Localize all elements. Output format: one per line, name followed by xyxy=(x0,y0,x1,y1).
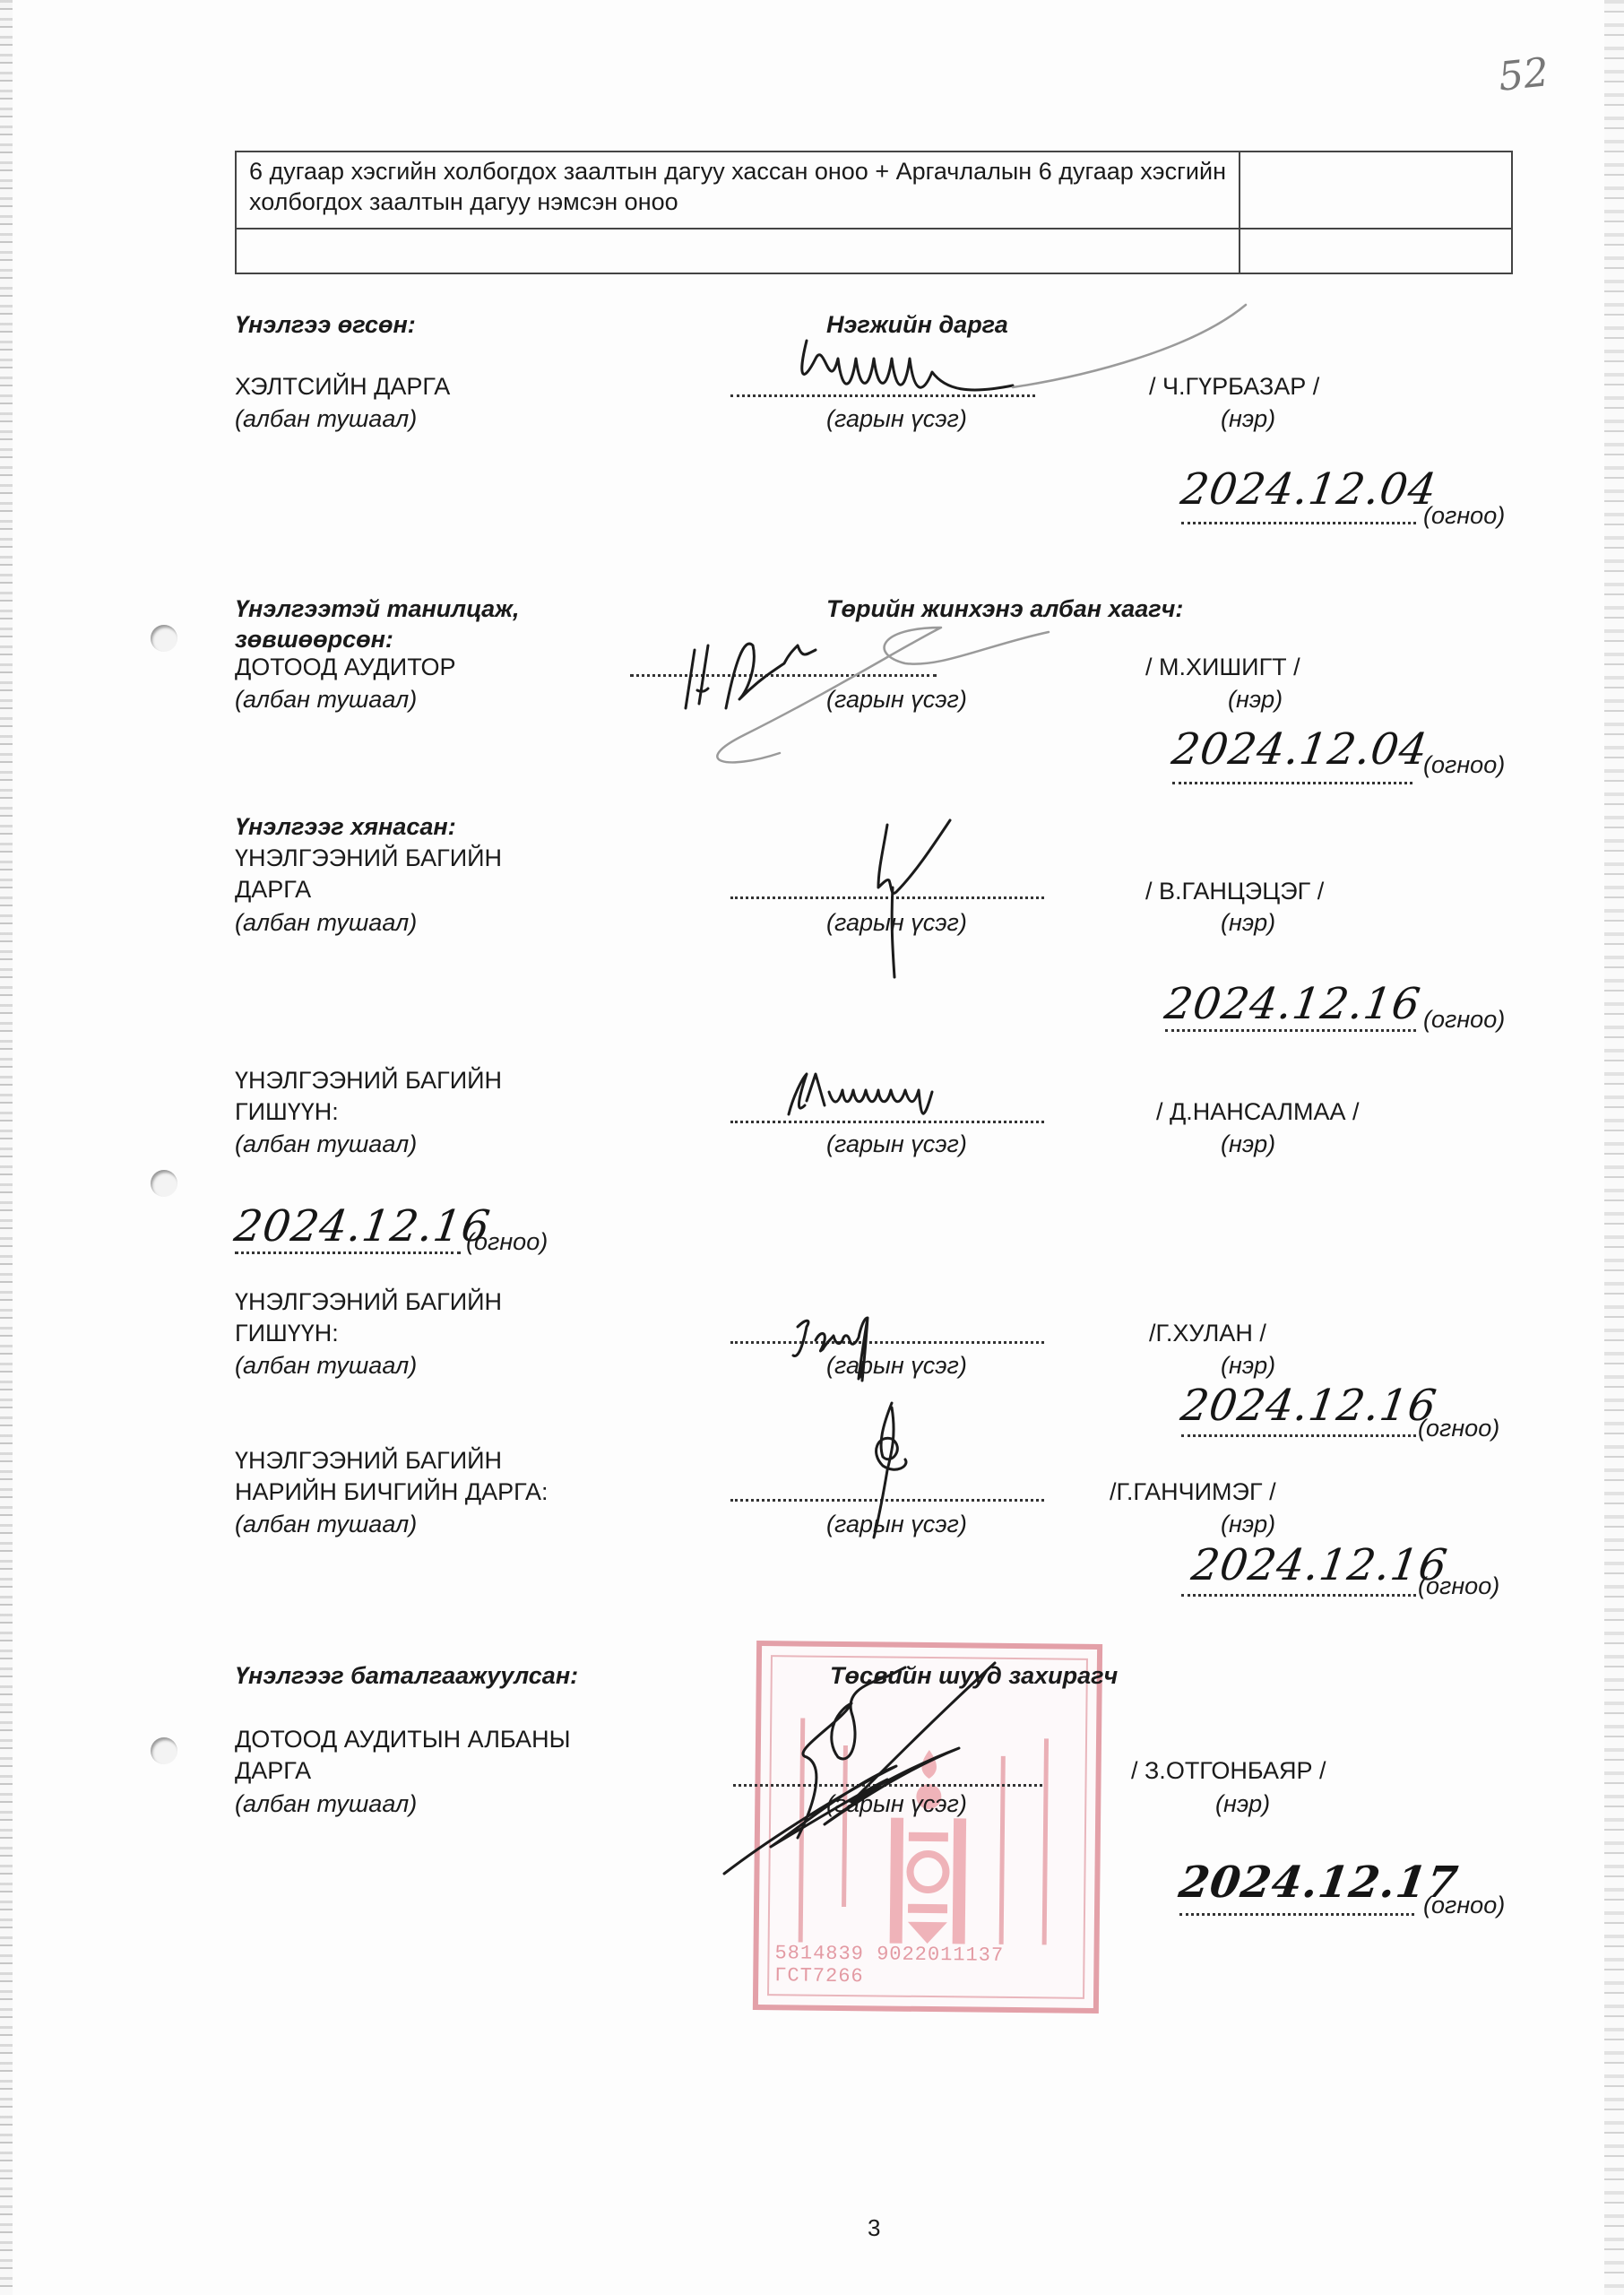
stamp-registration-code: 5814839 9022011137 ГСТ7266 xyxy=(774,1942,1094,1990)
signature-hint: (гарын үсэг) xyxy=(826,684,967,714)
table-row: 6 дугаар хэсгийн холбогдох заалтын дагуу… xyxy=(236,152,1512,229)
section-heading: зөвшөөрсөн: xyxy=(235,624,393,654)
person-name: /Г.ХУЛАН / xyxy=(1149,1318,1266,1348)
handwritten-date: 2024.12.16 xyxy=(1162,979,1424,1029)
name-hint: (нэр) xyxy=(1221,1129,1275,1159)
person-name: / Д.НАНСАЛМАА / xyxy=(1156,1096,1360,1127)
date-line xyxy=(1179,1913,1414,1916)
name-hint: (нэр) xyxy=(1215,1788,1270,1819)
position-title: ДАРГА xyxy=(235,874,311,905)
handwritten-date: 2024.12.04 xyxy=(1178,464,1440,515)
section-heading: Үнэлгээг баталгаажуулсан: xyxy=(235,1660,578,1691)
date-line xyxy=(1172,782,1412,784)
section-heading: Үнэлгээ өгсөн: xyxy=(235,309,416,340)
person-name: / В.ГАНЦЭЦЭГ / xyxy=(1145,876,1324,906)
table-cell-value xyxy=(1240,229,1512,273)
signature-mark xyxy=(717,1658,1040,1892)
position-title: ДАРГА xyxy=(235,1755,311,1786)
position-title: ҮНЭЛГЭЭНИЙ БАГИЙН xyxy=(235,1445,502,1476)
date-hint: (огноо) xyxy=(466,1226,548,1257)
position-title: ГИШҮҮН: xyxy=(235,1318,339,1348)
date-hint: (огноо) xyxy=(1423,1004,1505,1035)
position-title: ҮНЭЛГЭЭНИЙ БАГИЙН xyxy=(235,1286,502,1317)
handwritten-date: 2024.12.16 xyxy=(1178,1381,1440,1431)
person-name: / М.ХИШИГТ / xyxy=(1145,652,1300,682)
name-hint: (нэр) xyxy=(1221,403,1275,434)
handwritten-date: 2024.12.04 xyxy=(1169,724,1431,775)
signature-mark xyxy=(780,1065,1013,1128)
position-hint: (албан тушаал) xyxy=(235,907,417,938)
name-hint: (нэр) xyxy=(1221,907,1275,938)
signature-mark xyxy=(860,816,986,986)
person-name: /Г.ГАНЧИМЭГ / xyxy=(1110,1477,1276,1507)
table-cell-value xyxy=(1240,152,1512,229)
position-hint: (албан тушаал) xyxy=(235,1509,417,1539)
name-hint: (нэр) xyxy=(1221,1509,1275,1539)
signature-hint: (гарын үсэг) xyxy=(826,1350,967,1381)
date-line xyxy=(1181,1594,1416,1597)
position-title: НАРИЙН БИЧГИЙН ДАРГА: xyxy=(235,1477,549,1507)
handwritten-sheet-number: 52 xyxy=(1496,49,1551,100)
person-name: / Ч.ГҮРБАЗАР / xyxy=(1149,371,1319,402)
date-hint: (огноо) xyxy=(1418,1413,1499,1443)
table-cell-description: 6 дугаар хэсгийн холбогдох заалтын дагуу… xyxy=(236,152,1240,229)
position-title: ХЭЛТСИЙН ДАРГА xyxy=(235,371,450,402)
position-hint: (албан тушаал) xyxy=(235,1788,417,1819)
handwritten-date: 2024.12.16 xyxy=(231,1201,494,1251)
date-line xyxy=(1165,1029,1416,1032)
handwritten-date: 2024.12.17 xyxy=(1176,1858,1461,1908)
scan-edge-left xyxy=(0,0,13,2295)
position-title: ҮНЭЛГЭЭНИЙ БАГИЙН xyxy=(235,1065,502,1096)
table-row xyxy=(236,229,1512,273)
punch-hole xyxy=(151,625,177,652)
position-title: ҮНЭЛГЭЭНИЙ БАГИЙН xyxy=(235,843,502,873)
person-name: / З.ОТГОНБАЯР / xyxy=(1131,1755,1326,1786)
date-hint: (огноо) xyxy=(1423,500,1505,531)
position-title: ДОТООД АУДИТОР xyxy=(235,652,456,682)
scan-edge-right xyxy=(1604,0,1624,2295)
position-hint: (албан тушаал) xyxy=(235,403,417,434)
position-hint: (албан тушаал) xyxy=(235,684,417,714)
section-heading: Үнэлгээтэй танилцаж, xyxy=(235,593,520,624)
punch-hole xyxy=(151,1737,177,1764)
section-heading: Үнэлгээг хянасан: xyxy=(235,811,456,842)
name-hint: (нэр) xyxy=(1221,1350,1275,1381)
score-table: 6 дугаар хэсгийн холбогдох заалтын дагуу… xyxy=(235,151,1513,274)
signature-hint: (гарын үсэг) xyxy=(826,1129,967,1159)
signature-hint: (гарын үсэг) xyxy=(826,403,967,434)
date-line xyxy=(235,1251,461,1254)
signature-hint: (гарын үсэг) xyxy=(826,1509,967,1539)
position-hint: (албан тушаал) xyxy=(235,1350,417,1381)
stamp-script-column xyxy=(1042,1738,1075,1944)
table-cell-description xyxy=(236,229,1240,273)
position-title: ГИШҮҮН: xyxy=(235,1096,339,1127)
date-line xyxy=(1181,522,1416,524)
page-number: 3 xyxy=(868,2214,880,2242)
position-hint: (албан тушаал) xyxy=(235,1129,417,1159)
name-hint: (нэр) xyxy=(1228,684,1283,714)
date-line xyxy=(1181,1434,1416,1437)
date-hint: (огноо) xyxy=(1418,1571,1499,1601)
punch-hole xyxy=(151,1170,177,1197)
signature-hint: (гарын үсэг) xyxy=(826,907,967,938)
date-hint: (огноо) xyxy=(1423,749,1505,780)
position-title: ДОТООД АУДИТЫН АЛБАНЫ xyxy=(235,1724,570,1754)
date-hint: (огноо) xyxy=(1423,1890,1505,1920)
handwritten-date: 2024.12.16 xyxy=(1188,1540,1451,1590)
